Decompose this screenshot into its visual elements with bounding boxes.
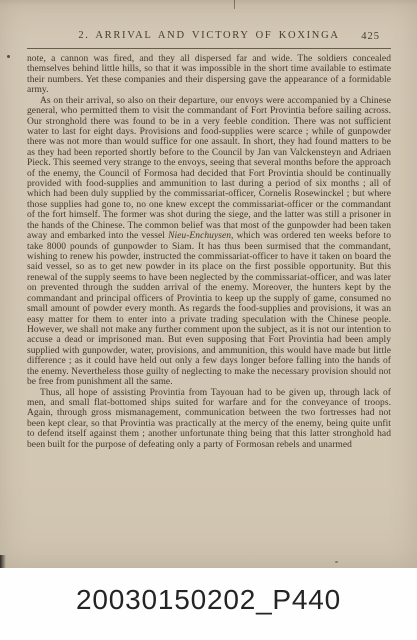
scanned-book-page: 2. ARRIVAL AND VICTORY OF KOXINGA 425 no…: [0, 0, 417, 640]
scratch-artifact: [234, 0, 235, 9]
page-text: note, a cannon was fired, and they all d…: [27, 54, 391, 450]
header-rule: [27, 48, 391, 49]
paragraph: As on their arrival, so also on their de…: [27, 96, 391, 388]
page-number: 425: [361, 31, 380, 42]
paragraph: Thus, all hope of assisting Provintia fr…: [27, 388, 391, 451]
archive-label-strip: 20030150202_P440: [0, 568, 417, 640]
page-header: 2. ARRIVAL AND VICTORY OF KOXINGA 425: [27, 30, 391, 44]
section-title: 2. ARRIVAL AND VICTORY OF KOXINGA: [27, 30, 391, 41]
archive-id-label: 20030150202_P440: [76, 584, 341, 616]
scan-edge-artifact: [0, 555, 6, 568]
speck-artifact: [335, 561, 338, 563]
paper-background: 2. ARRIVAL AND VICTORY OF KOXINGA 425 no…: [0, 0, 417, 568]
ink-spot-artifact: [7, 55, 10, 58]
paragraph: note, a cannon was fired, and they all d…: [27, 54, 391, 96]
